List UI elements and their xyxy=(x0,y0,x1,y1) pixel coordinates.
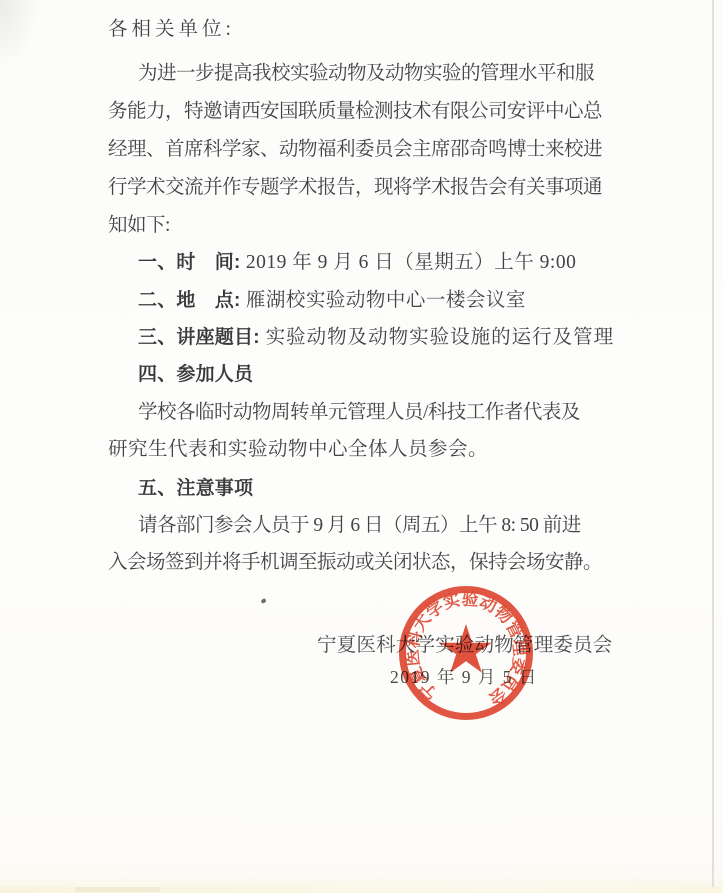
body-line-heading: 五、注意事项 xyxy=(138,477,253,501)
body-line: 为进一步提高我校实验动物及动物实验的管理水平和服 xyxy=(138,62,594,86)
salutation-line: 各相关单位: xyxy=(108,18,235,42)
scan-edge-line xyxy=(712,0,714,893)
body-line: 学校各临时动物周转单元管理人员/科技工作者代表及 xyxy=(138,401,580,425)
body-line-place: 二、地 点: 雁湖校实验动物中心一楼会议室 xyxy=(138,289,526,313)
body-line: 务能力，特邀请西安国联质量检测技术有限公司安评中心总 xyxy=(108,100,602,124)
salutation-text: 各相关单位: xyxy=(108,19,235,40)
body-line: 行学术交流并作专题学术报告，现将学术报告会有关事项通 xyxy=(108,176,602,200)
body-line: 知如下: xyxy=(108,214,170,238)
official-seal: 宁夏医科大学实验动物管理委员会 xyxy=(385,571,547,733)
body-line: 经理、首席科学家、动物福利委员会主席邵奇鸣博士来校进 xyxy=(108,138,602,162)
scan-corner-shadow xyxy=(0,0,40,70)
body-line-time: 一、时 间: 2019 年 9 月 6 日（星期五）上午 9:00 xyxy=(138,251,576,275)
body-line-topic: 三、讲座题目: 实验动物及动物实验设施的运行及管理 xyxy=(138,326,614,350)
scan-bottom-patch xyxy=(75,887,160,892)
ink-speck xyxy=(260,598,266,604)
body-line-heading: 四、参加人员 xyxy=(138,363,253,387)
body-line: 研究生代表和实验动物中心全体人员参会。 xyxy=(108,438,488,462)
body-line: 请各部门参会人员于 9 月 6 日（周五）上午 8: 50 前进 xyxy=(138,514,581,538)
scanned-notice-page: 各相关单位: 为进一步提高我校实验动物及动物实验的管理水平和服 务能力，特邀请西… xyxy=(0,0,723,893)
star-icon xyxy=(440,624,491,673)
